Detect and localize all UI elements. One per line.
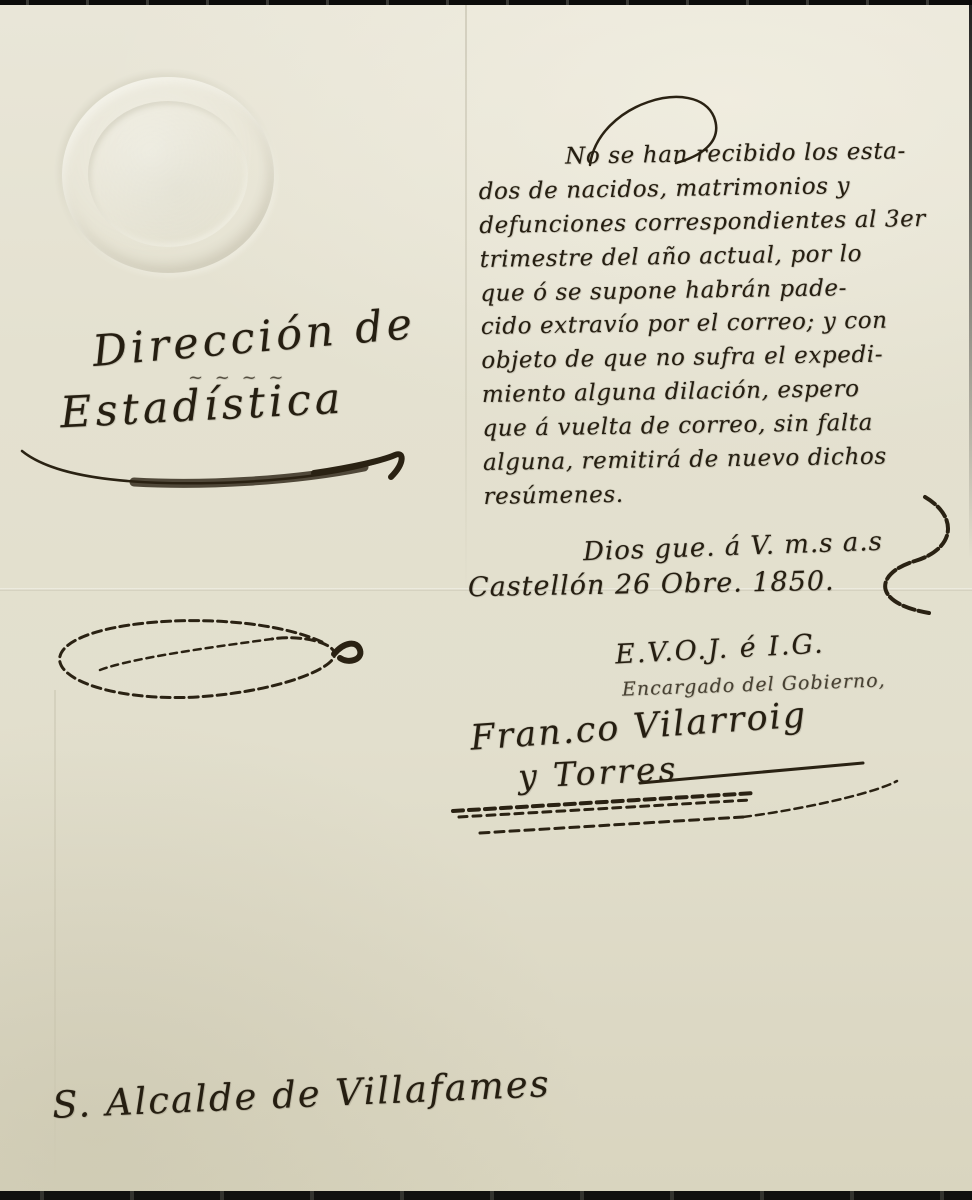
body-line: cido extravío por el correo; y con bbox=[481, 308, 888, 340]
office-initials: E.V.O.J. é I.G. bbox=[614, 629, 825, 671]
body-line: trimestre del año actual, por lo bbox=[480, 241, 863, 273]
letterhead-line-1: Dirección de bbox=[90, 299, 417, 377]
signature-name-line-1: Fran.co Vilarroig bbox=[469, 695, 808, 758]
letterhead-underline-flourish bbox=[14, 433, 409, 493]
body-line: No se han recibido los esta- bbox=[565, 138, 906, 169]
paraph-flourish bbox=[22, 612, 367, 712]
closing-valediction: Dios gue. á V. m.s a.s bbox=[583, 527, 884, 567]
body-line: alguna, remitirá de nuevo dichos bbox=[483, 444, 887, 476]
scanned-letter: Dirección de ~ ~ ~ ~ Estadística No se h… bbox=[0, 0, 972, 1200]
body-line: que ó se supone habrán pade- bbox=[480, 275, 847, 307]
recipient-address-line: S. Alcalde de Villafames bbox=[51, 1062, 551, 1127]
body-line: defunciones correspondientes al 3er bbox=[479, 206, 926, 239]
scan-edge-top bbox=[0, 0, 972, 5]
closing-dateline: Castellón 26 Obre. 1850. bbox=[468, 566, 835, 603]
embossed-seal-inner-ring bbox=[88, 101, 248, 247]
signature-rubric bbox=[445, 755, 915, 845]
office-title: Encargado del Gobierno, bbox=[622, 669, 886, 700]
letterhead-line-2: Estadística bbox=[59, 374, 346, 439]
scan-edge-bottom bbox=[0, 1191, 972, 1200]
body-line: dos de nacidos, matrimonios y bbox=[479, 173, 851, 205]
vertical-fold-crease bbox=[465, 5, 467, 600]
body-line: objeto de que no sufra el expedi- bbox=[481, 342, 883, 374]
paper-sheet: Dirección de ~ ~ ~ ~ Estadística No se h… bbox=[0, 5, 972, 1192]
body-line: que á vuelta de correo, sin falta bbox=[482, 410, 873, 442]
body-line: resúmenes. bbox=[483, 482, 624, 510]
embossed-seal-icon bbox=[62, 77, 274, 273]
closing-s-flourish bbox=[863, 491, 953, 626]
body-line: miento alguna dilación, espero bbox=[482, 376, 860, 408]
